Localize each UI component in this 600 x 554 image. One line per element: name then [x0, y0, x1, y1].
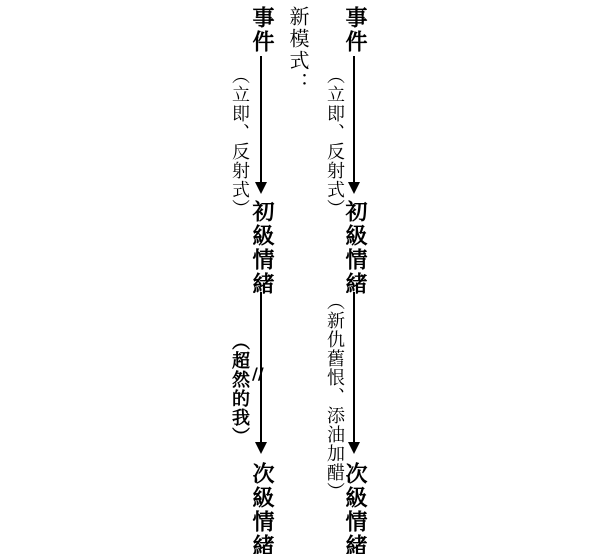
left-node-secondary-emotion: 次級情緒 — [250, 462, 272, 554]
left-arrow-1 — [260, 56, 262, 192]
diagram-title: 新模式： — [288, 6, 308, 94]
left-node-primary-emotion: 初級情緒 — [250, 200, 272, 296]
right-node-primary-emotion: 初級情緒 — [343, 200, 365, 296]
right-node-event: 事件 — [343, 6, 365, 54]
right-edge-label-1: （立即、反射式） — [325, 66, 343, 218]
right-edge-label-2: （新仇舊恨、添油加醋） — [325, 292, 343, 501]
break-mark-icon: // — [252, 364, 264, 383]
left-node-event: 事件 — [250, 6, 272, 54]
left-edge-label-2: （超然的我） — [230, 332, 248, 446]
right-arrow-2 — [353, 292, 355, 452]
left-edge-label-1: （立即、反射式） — [230, 66, 248, 218]
right-arrow-1 — [353, 56, 355, 192]
right-node-secondary-emotion: 次級情緒 — [343, 462, 365, 554]
